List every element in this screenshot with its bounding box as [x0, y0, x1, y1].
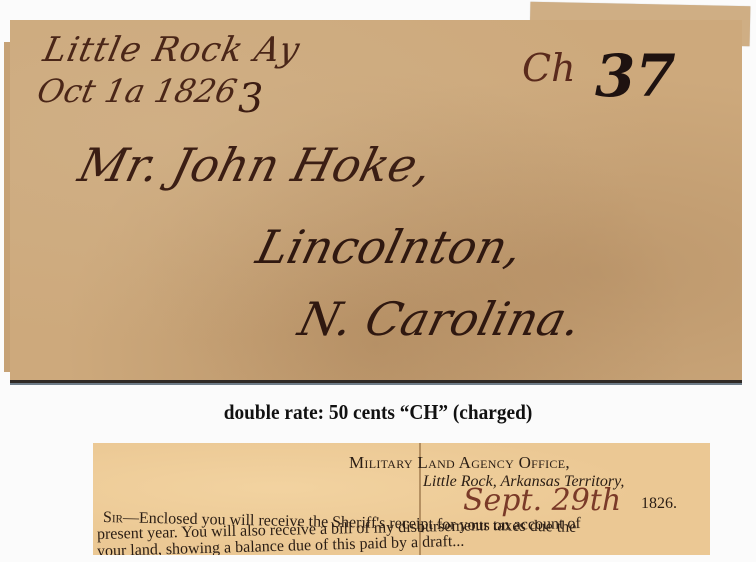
- address-name: Mr. John Hoke,: [73, 138, 437, 192]
- enclosure-clipping: Military Land Agency Office, Little Rock…: [93, 443, 710, 555]
- rate-multiplier: 3: [238, 76, 263, 122]
- stampless-cover: Little Rock Ay Oct 1a 1826 3 Ch 37 Mr. J…: [10, 20, 742, 383]
- office-heading: Military Land Agency Office,: [349, 453, 570, 473]
- caption: double rate: 50 cents “CH” (charged): [30, 400, 726, 425]
- postmark-town: Little Rock Ay: [40, 30, 304, 70]
- handwritten-date: Sept. 29th: [463, 483, 621, 518]
- address-state: N. Carolina.: [293, 292, 586, 346]
- salutation: Sir: [103, 509, 123, 526]
- address-town: Lincolnton,: [251, 220, 528, 274]
- charged-mark: Ch: [522, 46, 576, 90]
- rate-amount: 37: [595, 42, 676, 110]
- printed-year: 1826.: [641, 495, 677, 513]
- postmark-date: Oct 1a 1826: [34, 72, 240, 110]
